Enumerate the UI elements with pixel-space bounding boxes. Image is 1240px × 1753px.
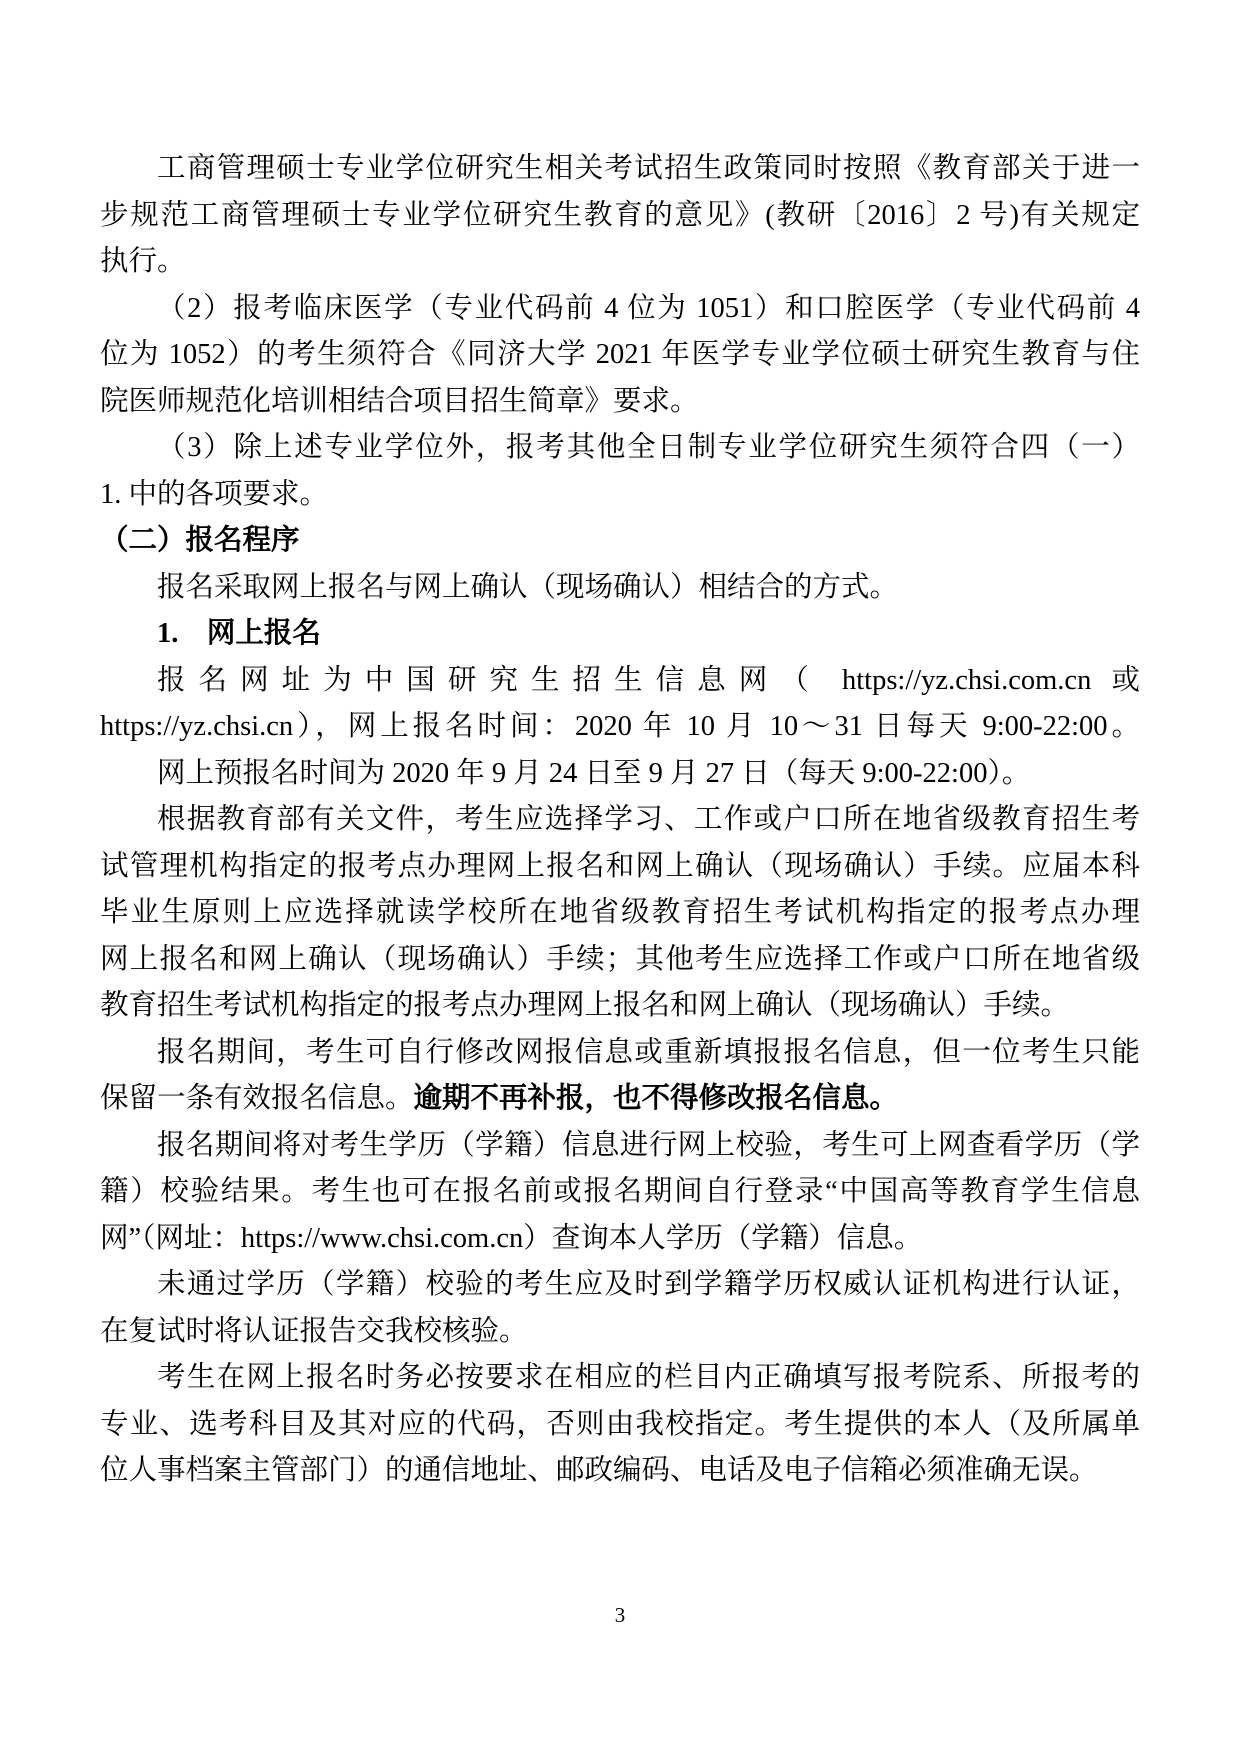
text-line: 试管理机构指定的报考点办理网上报名和网上确认（现场确认）手续。应届本科 [100,844,1140,891]
text-line: （3）除上述专业学位外，报考其他全日制专业学位研究生须符合四（一） [100,425,1140,472]
text-run: 在复试时将认证报告交我校核验。 [100,1316,528,1347]
text-line: 报名网址为中国研究生招生信息网（ https://yz.chsi.com.cn … [100,658,1140,705]
text-line: 网上报名和网上确认（现场确认）手续；其他考生应选择工作或户口所在地省级 [100,937,1140,984]
text-line: 1. 中的各项要求。 [100,472,1140,519]
text-line: 执行。 [100,239,1140,286]
text-run: 网上预报名时间为 2020 年 9 月 24 日至 9 月 27 日（每天 9:… [157,758,1030,789]
text-line: 考生在网上报名时务必按要求在相应的栏目内正确填写报考院系、所报考的 [100,1355,1140,1402]
text-run: 保留一条有效报名信息。 [100,1083,414,1114]
text-line: 1. 网上报名 [100,611,1140,658]
text-run: （3）除上述专业学位外，报考其他全日制专业学位研究生须符合四（一） [157,432,1140,463]
text-run: 执行。 [100,246,186,277]
text-run: 报名网址为中国研究生招生信息网（ https://yz.chsi.com.cn … [157,665,1140,696]
page-number: 3 [0,1600,1240,1630]
text-line: 专业、选考科目及其对应的代码，否则由我校指定。考生提供的本人（及所属单 [100,1402,1140,1449]
text-run: 网上报名和网上确认（现场确认）手续；其他考生应选择工作或户口所在地省级 [100,944,1140,975]
text-line: 籍）校验结果。考生也可在报名前或报名期间自行登录“中国高等教育学生信息 [100,1169,1140,1216]
text-run: 毕业生原则上应选择就读学校所在地省级教育招生考试机构指定的报考点办理 [100,897,1140,928]
text-line: 步规范工商管理硕士专业学位研究生教育的意见》(教研〔2016〕2 号)有关规定 [100,193,1140,240]
text-line: 教育招生考试机构指定的报考点办理网上报名和网上确认（现场确认）手续。 [100,983,1140,1030]
text-line: 网”（网址：https://www.chsi.com.cn）查询本人学历（学籍）… [100,1216,1140,1263]
text-line: 报名期间将对考生学历（学籍）信息进行网上校验，考生可上网查看学历（学 [100,1123,1140,1170]
text-run: 教育招生考试机构指定的报考点办理网上报名和网上确认（现场确认）手续。 [100,990,1069,1021]
text-line: 未通过学历（学籍）校验的考生应及时到学籍学历权威认证机构进行认证， [100,1262,1140,1309]
text-line: 毕业生原则上应选择就读学校所在地省级教育招生考试机构指定的报考点办理 [100,890,1140,937]
text-run: 网”（网址：https://www.chsi.com.cn）查询本人学历（学籍）… [100,1223,922,1254]
text-run: 根据教育部有关文件，考生应选择学习、工作或户口所在地省级教育招生考 [157,804,1140,835]
text-run: 试管理机构指定的报考点办理网上报名和网上确认（现场确认）手续。应届本科 [100,851,1140,882]
text-run: 专业、选考科目及其对应的代码，否则由我校指定。考生提供的本人（及所属单 [100,1409,1140,1440]
document-page: 工商管理硕士专业学位研究生相关考试招生政策同时按照《教育部关于进一步规范工商管理… [0,0,1240,1753]
text-line: 在复试时将认证报告交我校核验。 [100,1309,1140,1356]
text-line: 位为 1052）的考生须符合《同济大学 2021 年医学专业学位硕士研究生教育与… [100,332,1140,379]
document-content: 工商管理硕士专业学位研究生相关考试招生政策同时按照《教育部关于进一步规范工商管理… [100,146,1140,1495]
text-line: 报名采取网上报名与网上确认（现场确认）相结合的方式。 [100,565,1140,612]
text-run: 位人事档案主管部门）的通信地址、邮政编码、电话及电子信箱必须准确无误。 [100,1455,1098,1486]
text-line: （2）报考临床医学（专业代码前 4 位为 1051）和口腔医学（专业代码前 4 [100,286,1140,333]
text-run: 院医师规范化培训相结合项目招生简章》要求。 [100,386,699,417]
text-run: 报名期间将对考生学历（学籍）信息进行网上校验，考生可上网查看学历（学 [157,1130,1140,1161]
text-run: 工商管理硕士专业学位研究生相关考试招生政策同时按照《教育部关于进一 [157,153,1140,184]
text-run: 1. 中的各项要求。 [100,479,328,510]
text-line: 根据教育部有关文件，考生应选择学习、工作或户口所在地省级教育招生考 [100,797,1140,844]
text-run: 报名采取网上报名与网上确认（现场确认）相结合的方式。 [157,572,898,603]
text-line: 网上预报名时间为 2020 年 9 月 24 日至 9 月 27 日（每天 9:… [100,751,1140,798]
text-line: 报名期间，考生可自行修改网报信息或重新填报报名信息，但一位考生只能 [100,1030,1140,1077]
text-run: 位为 1052）的考生须符合《同济大学 2021 年医学专业学位硕士研究生教育与… [100,339,1140,370]
text-line: 保留一条有效报名信息。逾期不再补报，也不得修改报名信息。 [100,1076,1140,1123]
text-line: https://yz.chsi.cn），网上报名时间：2020 年 10 月 1… [100,704,1140,751]
text-line: 院医师规范化培训相结合项目招生简章》要求。 [100,379,1140,426]
text-run: 考生在网上报名时务必按要求在相应的栏目内正确填写报考院系、所报考的 [157,1362,1140,1393]
bold-text-run: 1. 网上报名 [157,618,321,649]
text-line: 工商管理硕士专业学位研究生相关考试招生政策同时按照《教育部关于进一 [100,146,1140,193]
text-run: https://yz.chsi.cn），网上报名时间：2020 年 10 月 1… [100,711,1140,742]
bold-text-run: 逾期不再补报，也不得修改报名信息。 [414,1083,899,1114]
text-run: 未通过学历（学籍）校验的考生应及时到学籍学历权威认证机构进行认证， [157,1269,1140,1300]
text-line: 位人事档案主管部门）的通信地址、邮政编码、电话及电子信箱必须准确无误。 [100,1448,1140,1495]
text-run: 报名期间，考生可自行修改网报信息或重新填报报名信息，但一位考生只能 [157,1037,1140,1068]
text-run: 籍）校验结果。考生也可在报名前或报名期间自行登录“中国高等教育学生信息 [100,1176,1140,1207]
text-line: （二）报名程序 [100,518,1140,565]
bold-text-run: （二）报名程序 [100,525,300,556]
text-run: 步规范工商管理硕士专业学位研究生教育的意见》(教研〔2016〕2 号)有关规定 [100,200,1140,231]
text-run: （2）报考临床医学（专业代码前 4 位为 1051）和口腔医学（专业代码前 4 [157,293,1140,324]
